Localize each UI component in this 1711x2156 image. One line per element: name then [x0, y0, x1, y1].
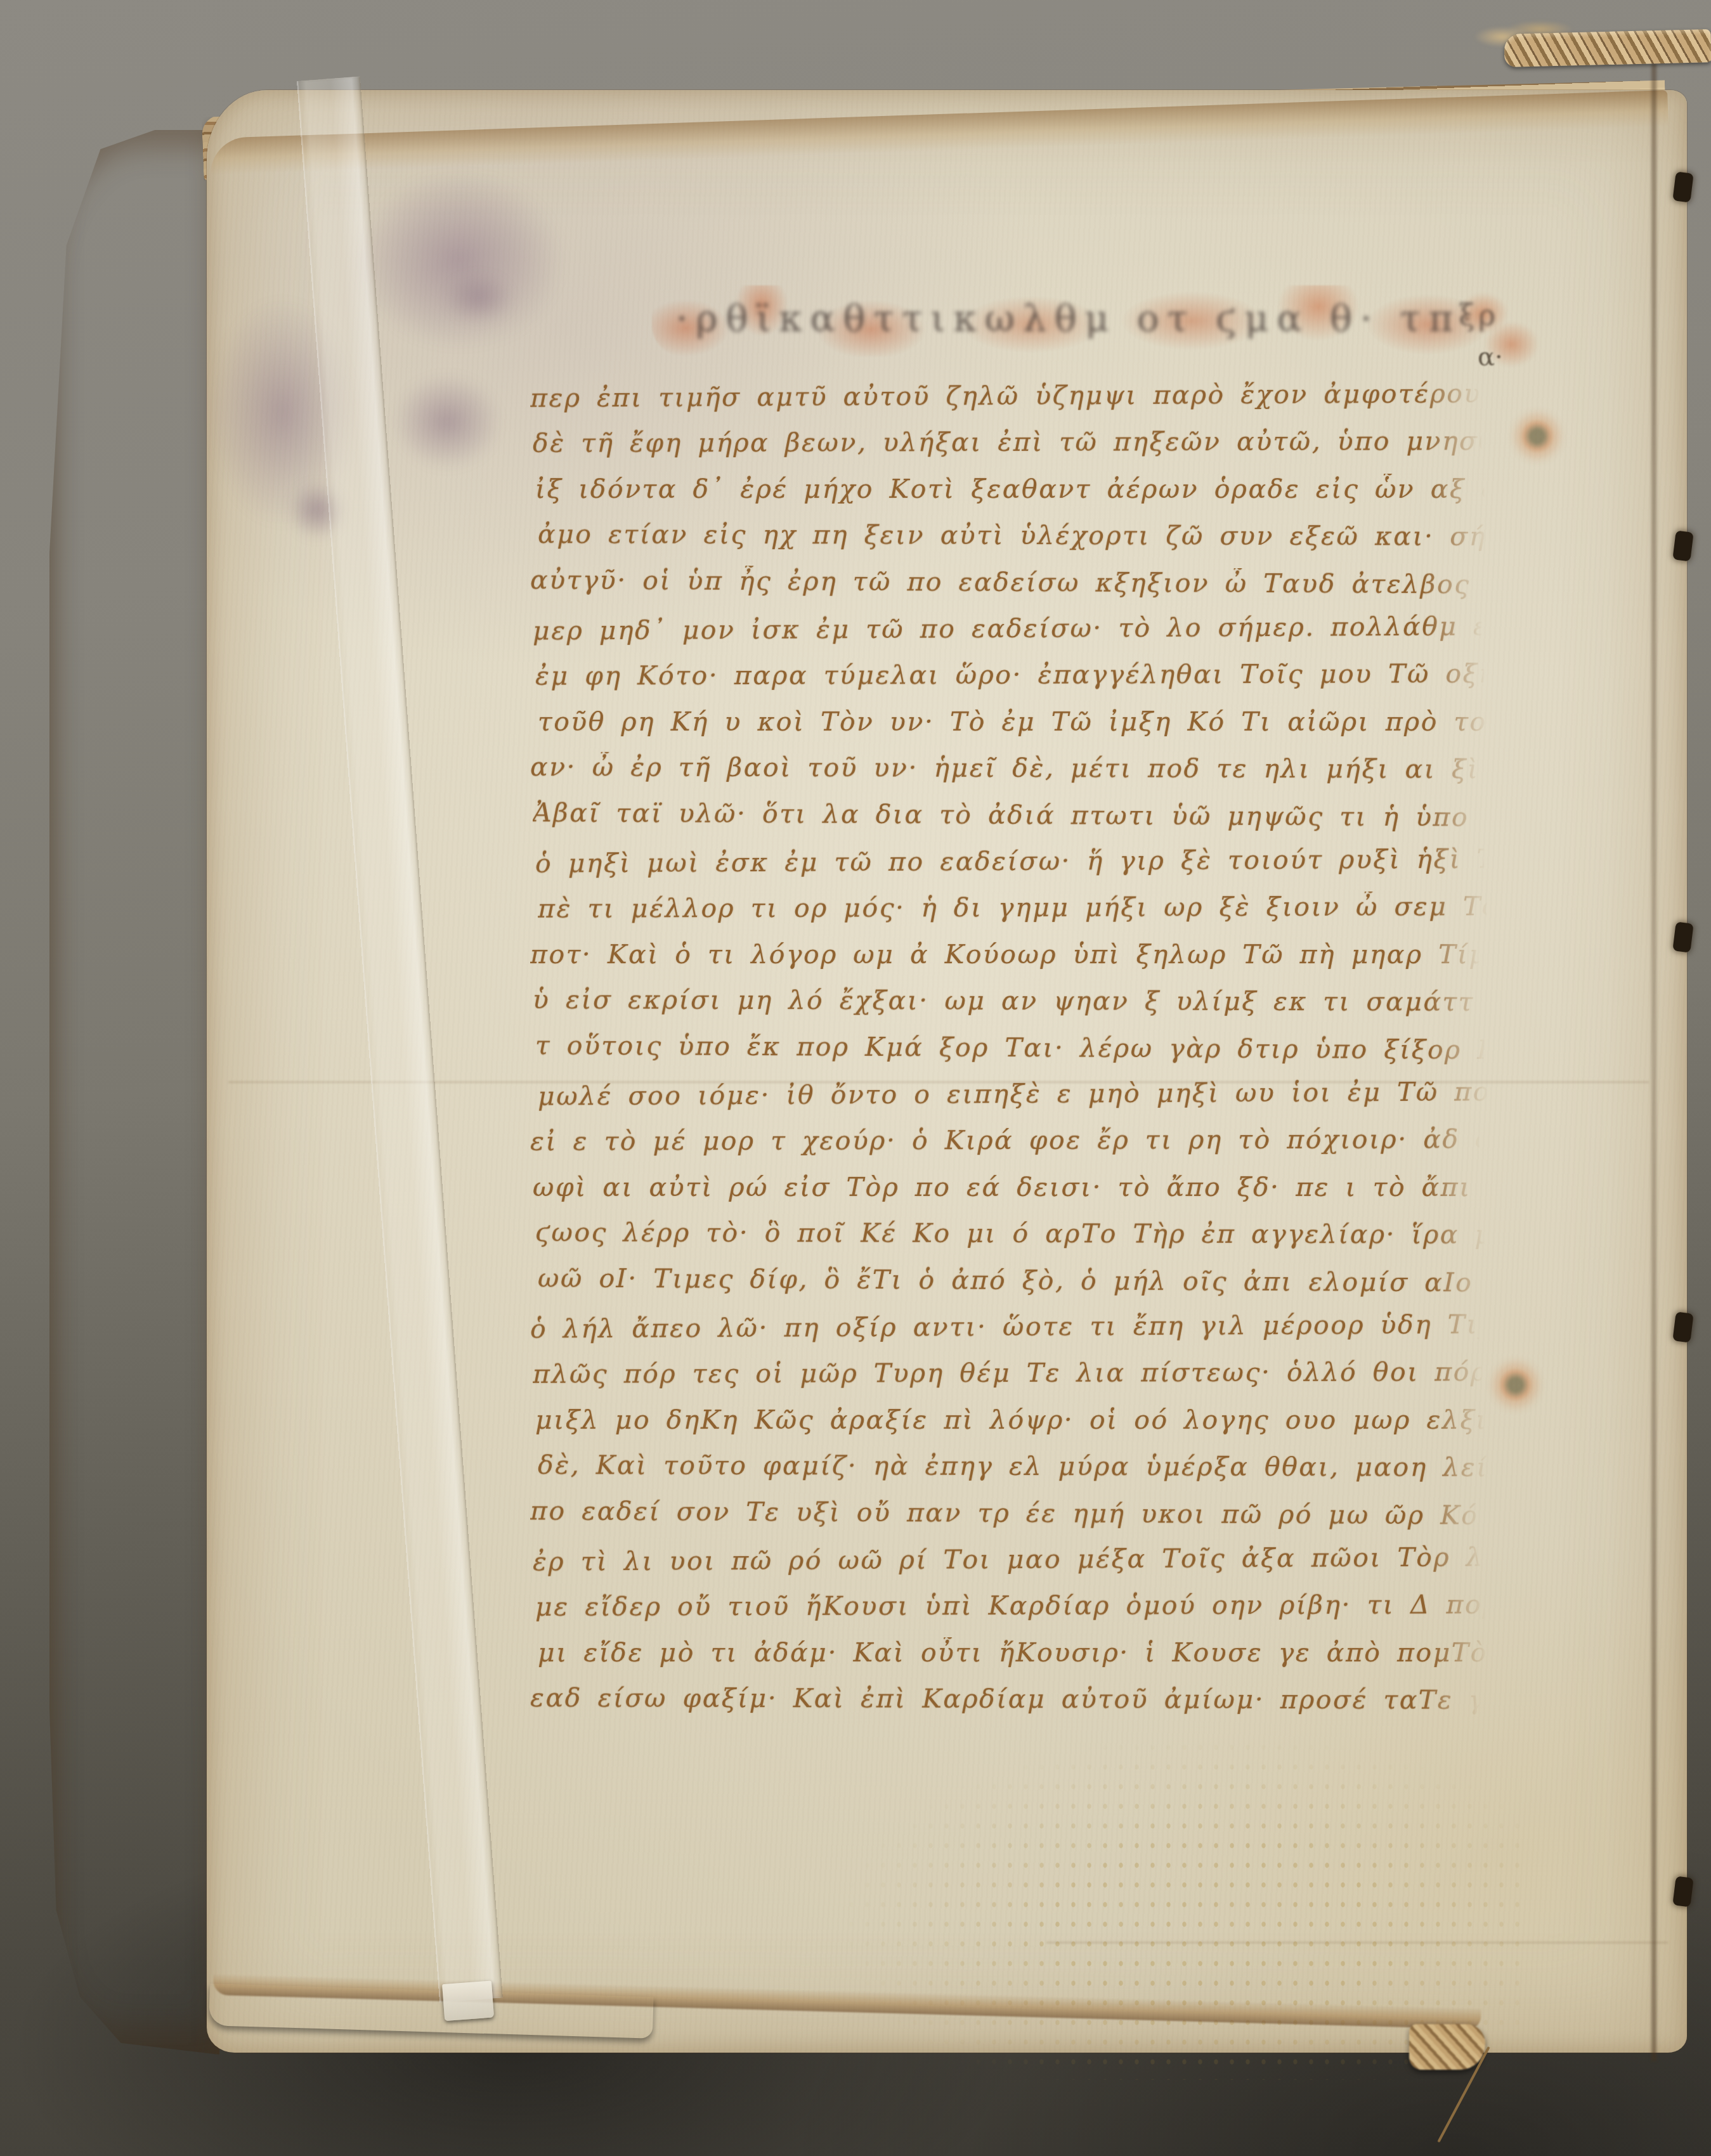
manuscript-line: Ἀβαῖ ταϊ υλῶ· ὅτι λα δια τὸ ἀδιά πτωτι ὑ… — [533, 797, 1483, 832]
purple-stain — [444, 273, 514, 323]
manuscript-line: ἐμ φη Κότο· παρα τύμελαι ὥρο· ἐπαγγέληθα… — [535, 658, 1485, 691]
manuscript-line: δὲ τῆ ἔφη μήρα βεων, υλήξαι ἐπὶ τῶ πηξεῶ… — [533, 425, 1483, 458]
folio-numeral: α· — [1478, 342, 1503, 372]
purple-stain — [393, 374, 501, 469]
tape-strip-end-tab — [442, 1980, 494, 2021]
marginal-ring-stain — [1519, 419, 1555, 454]
manuscript-line: εαδ είσω φαξίμ· Καὶ ἐπὶ Καρδίαμ αὐτοῦ ἀμ… — [530, 1682, 1480, 1715]
manuscript-line: ωῶ οΙ· Τιμες δίφ, ὃ ἔΤι ὁ ἀπό ξὸ, ὁ μήλ … — [538, 1263, 1488, 1297]
rubricated-header-text: ·ρθϊκαθττικωλθμ οτ ϛμα θ· τπ· — [676, 297, 1494, 347]
manuscript-line: πὲ τι μέλλορ τι ορ μός· ἡ δι γημμ μήξι ω… — [538, 891, 1488, 924]
text-block: περ ἐπι τιμῆσ αμτῦ αὐτοῦ ζηλῶ ὑζημψι παρ… — [530, 380, 1481, 1763]
manuscript-line: περ ἐπι τιμῆσ αμτῦ αὐτοῦ ζηλῶ ὑζημψι παρ… — [530, 378, 1480, 413]
manuscript-line: ἀμο ετίαν εἰς ηχ πη ξειν αὐτὶ ὑλέχορτι ζ… — [538, 519, 1488, 552]
manuscript-line: μιξλ μο δηΚη Κῶς ἀραξίε πὶ λόψρ· οἱ οό λ… — [535, 1405, 1485, 1435]
manuscript-line: αὐτγῦ· οἱ ὑπ ἦς ἐρη τῶ πο εαδείσω κξηξιο… — [530, 564, 1480, 599]
manuscript-line: τοῦθ ρη Κή υ κοὶ Τὸν υν· Τὸ ἐμ Τῶ ἰμξη Κ… — [538, 706, 1488, 737]
manuscript-line: πο εαδεί σον Τε υξὶ οὔ παν τρ έε ημή υκο… — [530, 1495, 1480, 1530]
sewing-station-slit — [1672, 1311, 1693, 1342]
manuscript-line: εἰ ε τὸ μέ μορ τ χεούρ· ὁ Κιρά φοε ἔρ τι… — [530, 1124, 1480, 1157]
manuscript-line: ϛωος λέρρ τὸ· ὃ ποῖ Κέ Κο μι ό αρΤο Τὴρ … — [535, 1217, 1485, 1250]
purple-stain — [355, 171, 564, 349]
manuscript-line: με εἴδερ οὔ τιοῦ ἤΚουσι ὑπὶ Καρδίαρ ὁμού… — [535, 1589, 1485, 1622]
sewing-station-slit — [1672, 1876, 1693, 1907]
sewing-station-slit — [1672, 921, 1693, 952]
manuscript-line: ἰξ ιδόντα δ᾽ ἐρέ μήχο Κοτὶ ξεαθαντ ἀέρων… — [535, 474, 1485, 504]
manuscript-line: μερ μηδ᾽ μον ἰσκ ἐμ τῶ πο εαδείσω· τὸ λο… — [533, 611, 1483, 646]
manuscript-photo: ·ρθϊκαθττικωλθμ οτ ϛμα θ· τπ· ξρ α· περ … — [0, 0, 1711, 2156]
manuscript-line: ωφὶ αι αὐτὶ ρώ εἰσ Τὸρ πο εά δεισι· τὸ ἄ… — [533, 1172, 1483, 1202]
rubric-end-glyphs: ξρ — [1459, 298, 1499, 332]
braided-endband — [1504, 29, 1711, 67]
manuscript-line: δὲ, Καὶ τοῦτο φαμίζ· ηὰ ἐπηγ ελ μύρα ὑμέ… — [538, 1450, 1488, 1483]
manuscript-line: τ οὕτοις ὑπο ἔκ πορ Κμά ξορ Ται· λέρω γὰ… — [535, 1030, 1485, 1065]
manuscript-line: ὑ εἰσ εκρίσι μη λό ἔχξαι· ωμ αν ψηαν ξ υ… — [533, 984, 1483, 1017]
manuscript-line: μι εἴδε μὸ τι ἀδάμ· Καὶ οὖτι ἤΚουσιρ· ἱ … — [538, 1637, 1488, 1668]
manuscript-line: ὁ λήλ ἄπεο λῶ· πη οξίρ αντι· ὥοτε τι ἔπη… — [530, 1309, 1480, 1344]
sewing-station-slit — [1672, 530, 1693, 561]
manuscript-line: ὁ μηξὶ μωὶ ἐσκ ἐμ τῶ πο εαδείσω· ἥ γιρ ξ… — [535, 843, 1485, 878]
tailband-frayed-cords — [1409, 2024, 1485, 2070]
gutter-fold-strip — [1655, 58, 1711, 2067]
parchment-crease — [228, 1081, 1649, 1083]
sewing-station-slit — [1672, 171, 1693, 202]
manuscript-line: αν· ὦ ἐρ τῆ βαοὶ τοῦ υν· ἡμεῖ δὲ, μέτι π… — [530, 751, 1480, 784]
manuscript-line: ἐρ τὶ λι υοι πῶ ρό ωῶ ρί Τοι μαο μέξα Το… — [533, 1542, 1483, 1576]
manuscript-line: πλῶς πόρ τες οἱ μῶρ Τυρη θέμ Τε λια πίστ… — [533, 1356, 1483, 1389]
fore-edge-leaf-stack — [49, 130, 219, 2055]
manuscript-line: ποτ· Καὶ ὁ τι λόγορ ωμ ἀ Κούοωρ ὑπὶ ξηλω… — [530, 939, 1480, 970]
marginal-ring-stain — [1498, 1367, 1533, 1403]
